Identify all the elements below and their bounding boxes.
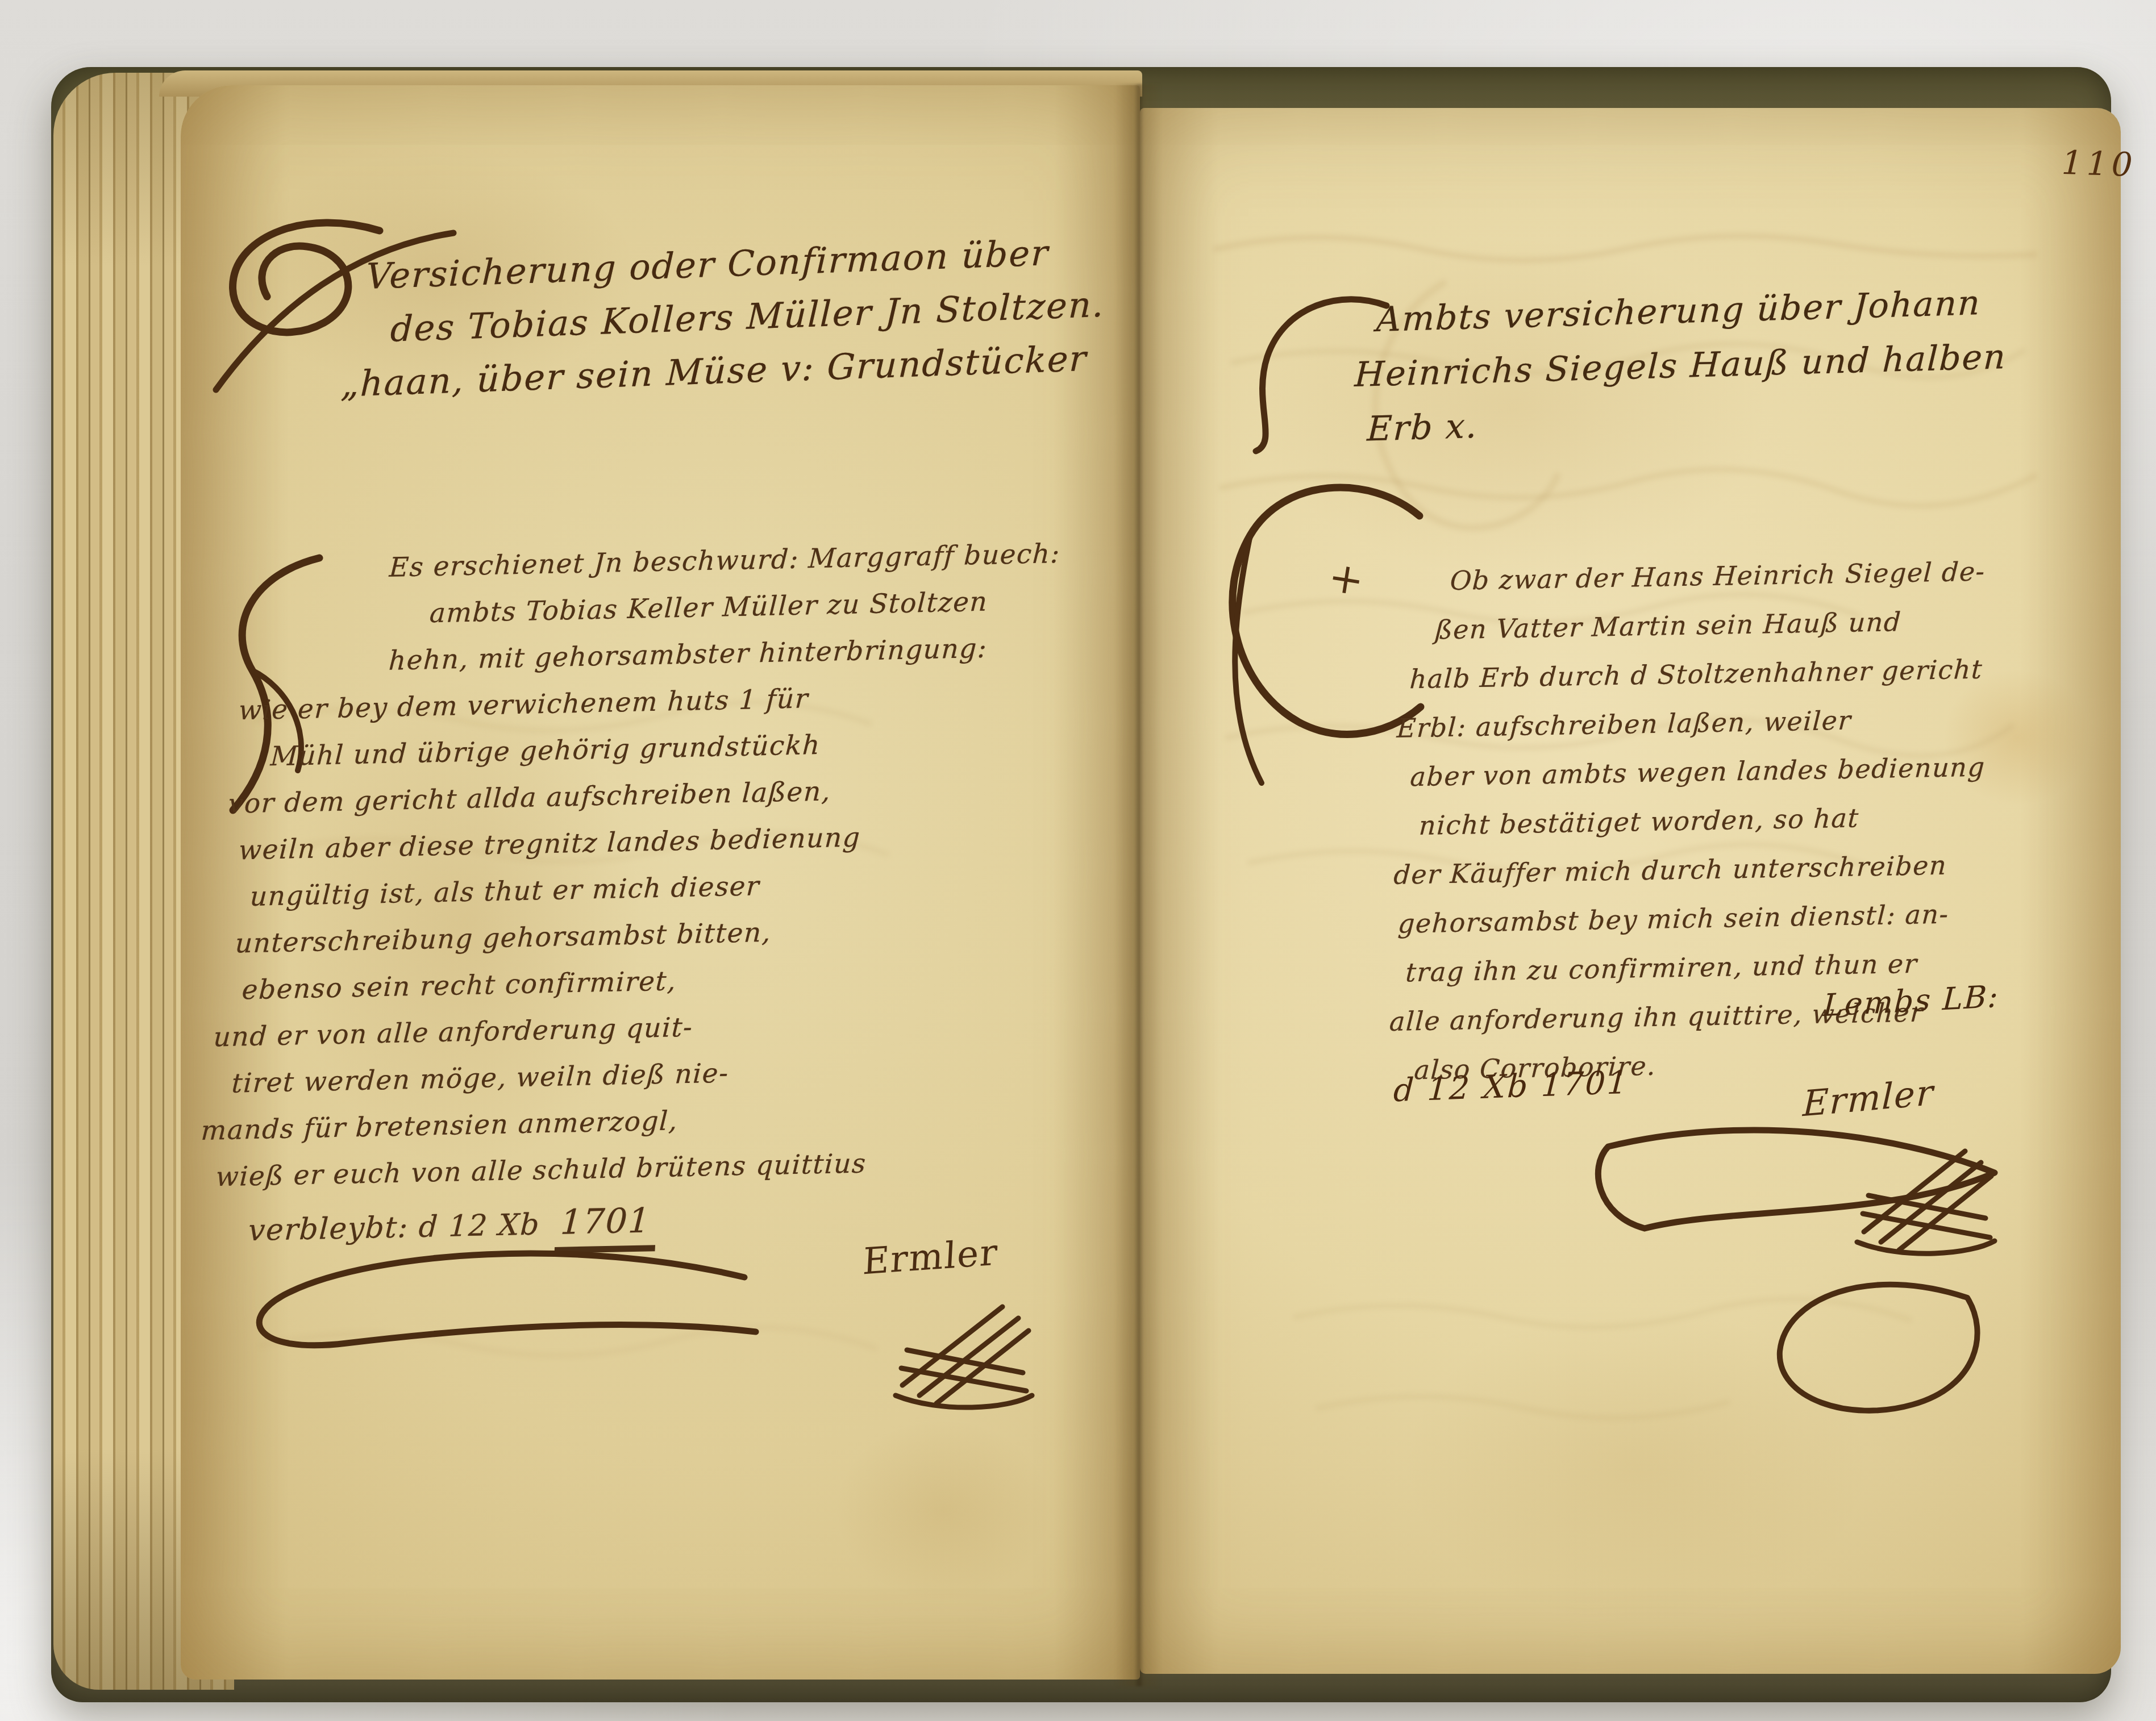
page-number: 110 [2061,143,2137,185]
right-heading: Ambts versicherung über Johann Heinrichs… [1347,275,2010,457]
book-gutter [1115,84,1162,1686]
date-text: verbleybt: d 12 Xb [248,1207,541,1248]
right-paraph-loop-flourish [1763,1272,2007,1436]
manuscript-book: 110 Versicherung oder Confirmaon über de… [51,67,2111,1702]
left-heading: Versicherung oder Confirmaon über des To… [361,224,1107,411]
left-closing-flourish [216,1243,761,1380]
body-line: aber von ambts wegen landes bedienung [1409,743,1986,802]
body-line: halb Erb durch d Stoltzenhahner gericht [1408,644,1991,703]
right-signature-paraph [1851,1125,1999,1256]
photo-backdrop: 110 Versicherung oder Confirmaon über de… [0,0,2156,1721]
body-line: Ob zwar der Hans Heinrich Siegel de- [1449,547,1996,605]
left-signature-paraph [891,1283,1033,1408]
left-body-text: Es erschienet Jn beschwurd: Marggraff bu… [211,531,1062,1261]
